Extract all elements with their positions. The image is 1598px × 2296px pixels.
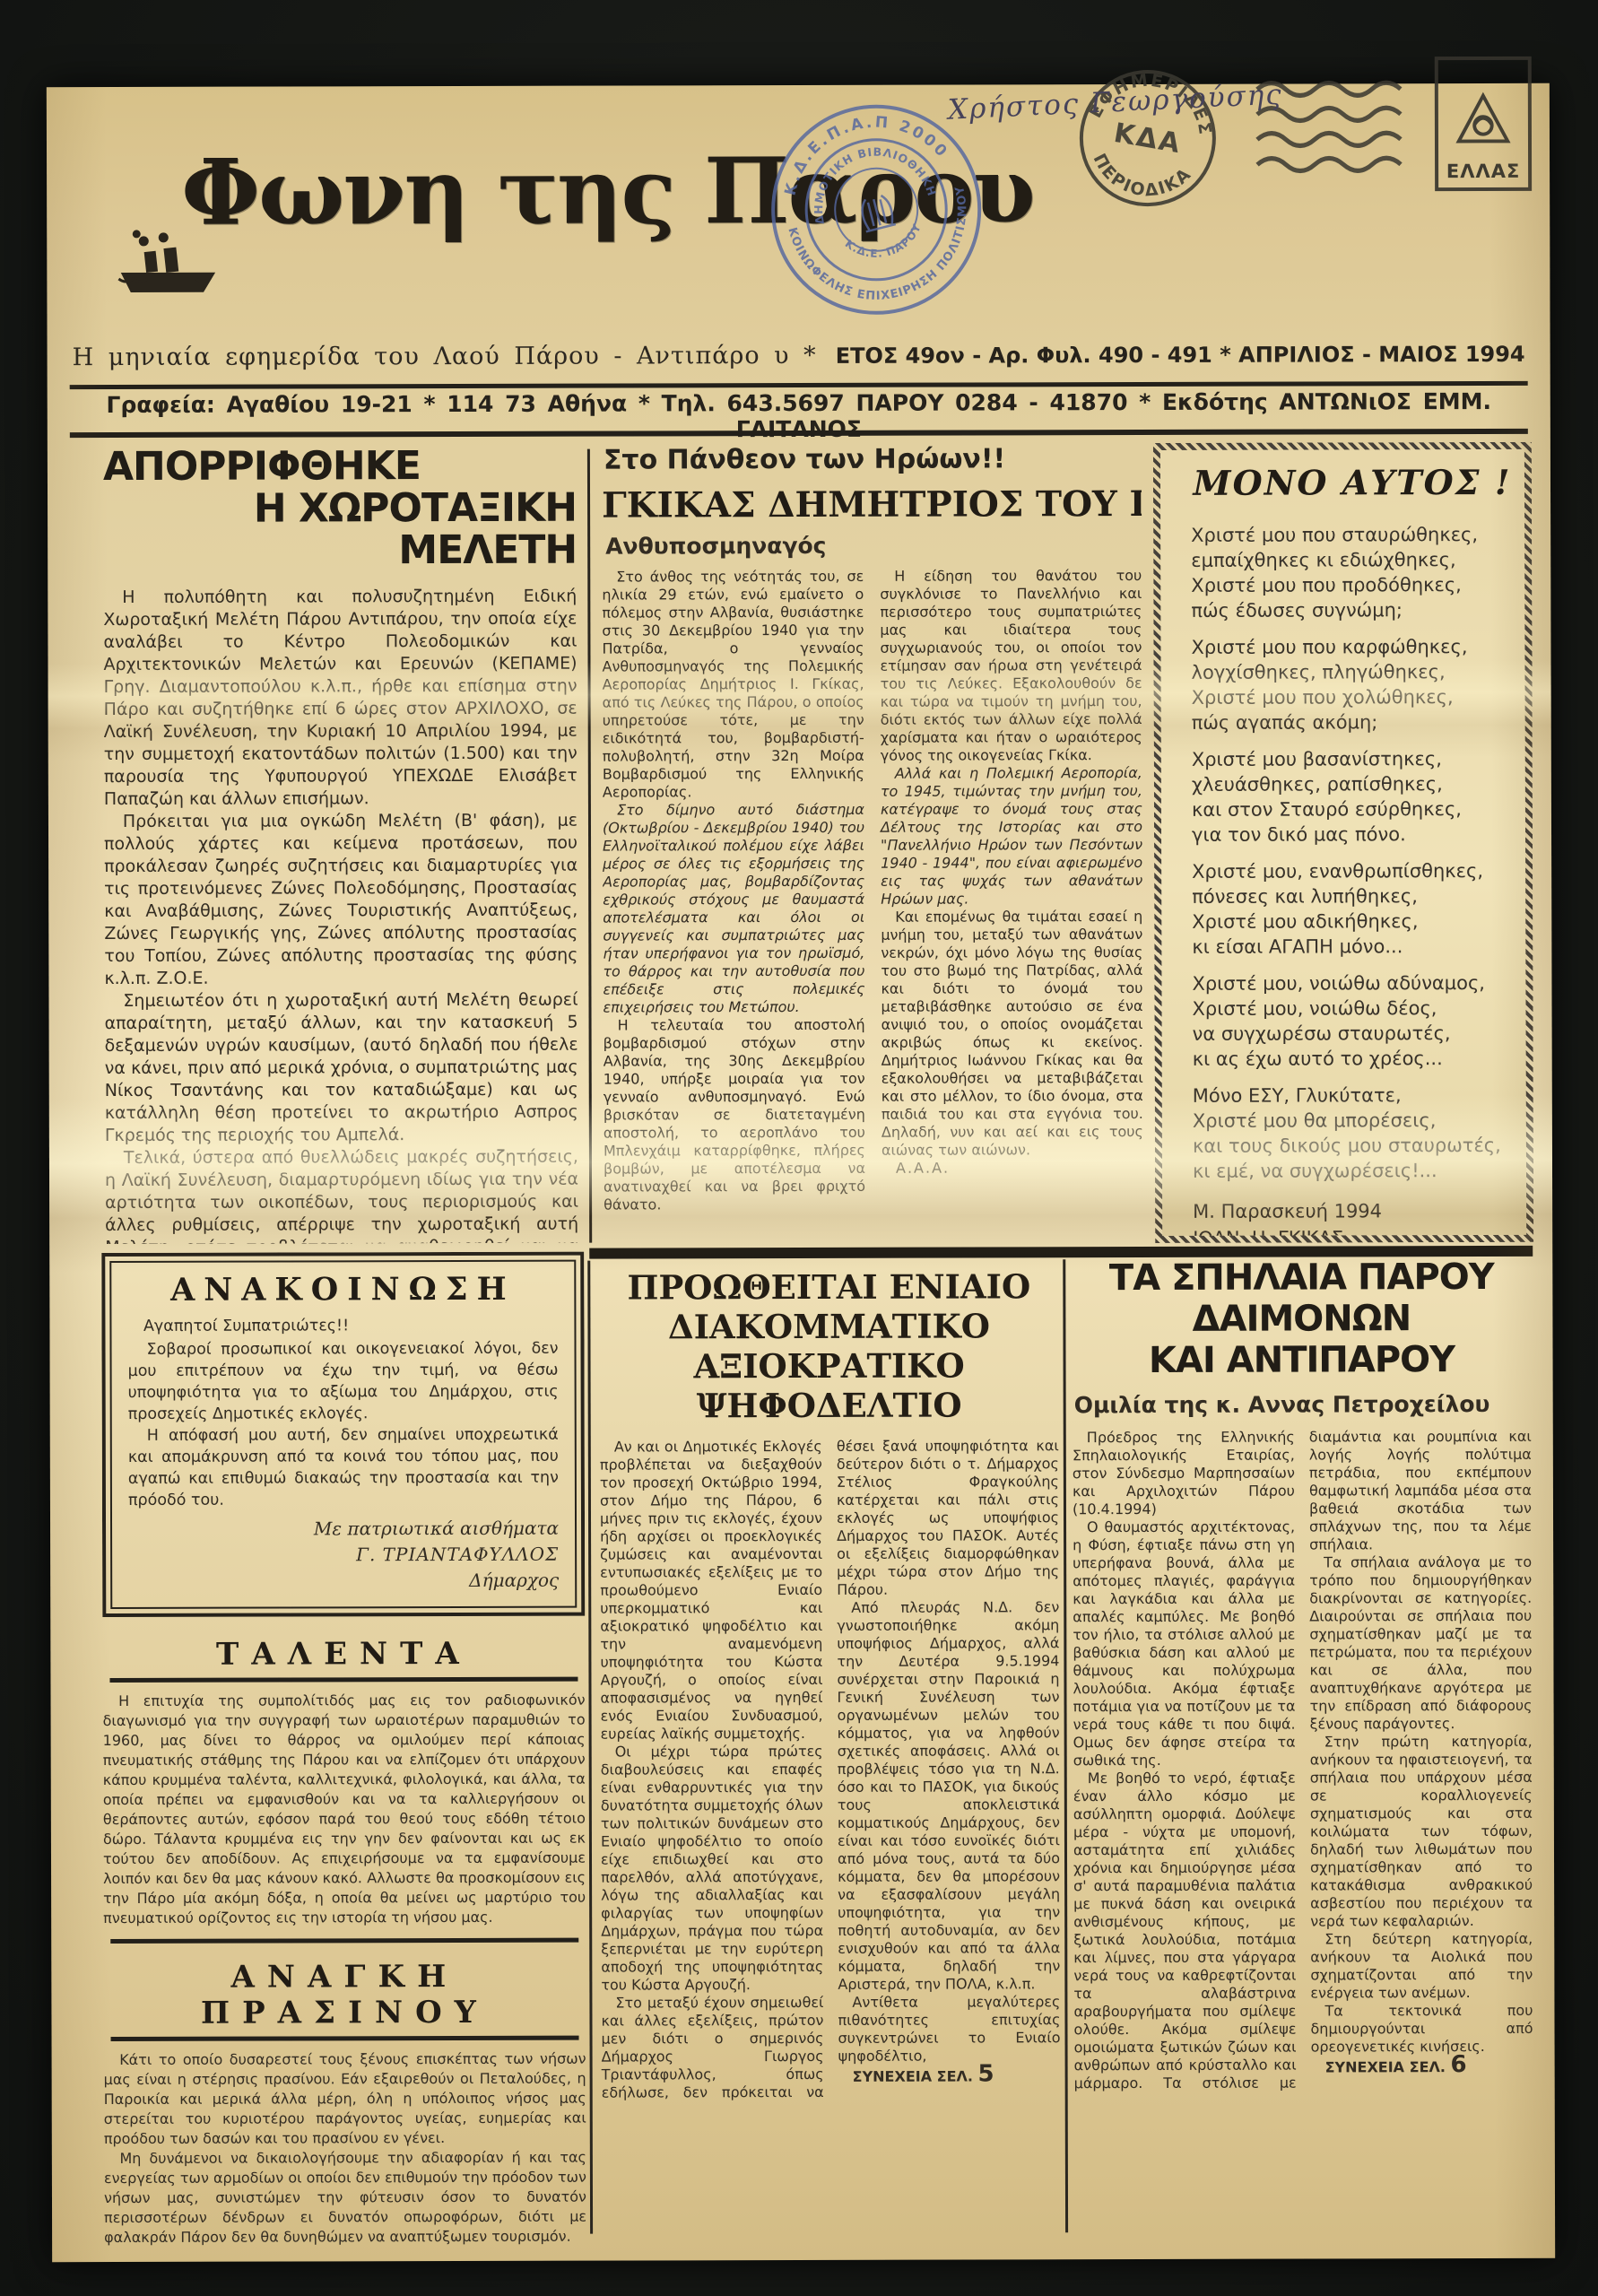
paragraph: Από πλευράς Ν.Δ. δεν γνωστοποιήθηκε ακόμ…	[837, 1598, 1060, 1994]
article-gikas-kicker: Στο Πάνθεον των Ηρώων!!	[604, 443, 1142, 476]
poem-title: ΜΟΝΟ ΑΥΤΟΣ !	[1191, 462, 1514, 503]
announcement-box: ΑΝΑΚΟΙΝΩΣΗ Αγαπητοί Συμπατριώτες!! Σοβαρ…	[101, 1252, 585, 1617]
article-gikas-subhead: Ανθυποσμηναγός	[605, 532, 1142, 560]
article-caves: ΤΑ ΣΠΗΛΑΙΑ ΠΑΡΟΥ ΔΑΙΜΟΝΩΝ ΚΑΙ ΑΝΤΙΠΑΡΟΥ …	[1072, 1257, 1533, 2244]
postal-round-stamp: ΕΦΗΜΕΡΙΔΕΣ ΚΔΑ ΠΕΡΙΟΔΙΚΑ	[1056, 47, 1238, 228]
paragraph: Σημειωτέον ότι η χωροταξική αυτή Μελέτη …	[104, 989, 578, 1147]
poem-signature: Μ. Παρασκευή 1994 ΙΩΑΝ. Η. ΓΚΙΚΑΣ	[1193, 1197, 1515, 1236]
subtitle-left: Η μηνιαία εφημερίδα του Λαού Πάρου - Αντ…	[73, 342, 817, 371]
paragraph: Αν και οι Δημοτικές Εκλογές προβλέπεται …	[600, 1438, 823, 1744]
poem-stanza: Χριστέ μου, νοιώθω αδύναμος, Χριστέ μου,…	[1192, 970, 1515, 1072]
poem-stanza: Χριστέ μου, ενανθρωπίσθηκες, πόνεσες και…	[1192, 858, 1515, 960]
article-zoning-body: Η πολυπόθητη και πολυσυζητημένη Ειδική Χ…	[103, 586, 578, 1244]
poem-stanza: Χριστέ μου που καρφώθηκες, λογχίσθηκες, …	[1191, 634, 1514, 735]
article-gikas-headline: ΓΚΙΚΑΣ ΔΗΜΗΤΡΙΟΣ ΤΟΥ ΙΩΑΝΝΟΥ	[602, 483, 1142, 526]
postal-rect-stamp: ΕΛΛΑΣ	[1435, 57, 1532, 191]
paragraph: Πρόκειται για μια ογκώδη Μελέτη (Β' φάση…	[104, 810, 578, 990]
paragraph: Πρόεδρος της Ελληνικής Σπηλαιολογικής Ετ…	[1073, 1429, 1295, 1519]
paragraph: Η τελευταία του αποστολή βομβαρδισμού στ…	[604, 1016, 866, 1214]
sign-off: Α.Α.Α.	[882, 1159, 1143, 1178]
paragraph: Στο δίμηνο αυτό διάστημα (Οκτωβρίου - Δε…	[603, 801, 865, 1017]
paragraph: Αντίθετα μεγαλύτερες πιθανότητες επιτυχί…	[838, 1993, 1060, 2066]
article-talents-title: ΤΑΛΕΝΤΑ	[102, 1636, 585, 1673]
paragraph: Στην πρώτη κατηγορία, ανήκουν τα ηφαιστε…	[1310, 1733, 1533, 1931]
article-caves-byline: Ομιλία της κ. Αννας Πετροχείλου	[1074, 1391, 1532, 1418]
column-divider	[1063, 1259, 1068, 2232]
paragraph: Μη δυνάμενοι να δικαιολογήσουμε την αδια…	[104, 2148, 586, 2248]
postal-stamp-center-text: ΚΔΑ	[1112, 117, 1185, 160]
paragraph: Τα τεκτονικά που δημιουργούνται από ορεο…	[1310, 2002, 1533, 2057]
article-gikas: Στο Πάνθεον των Ηρώων!! ΓΚΙΚΑΣ ΔΗΜΗΤΡΙΟΣ…	[602, 443, 1143, 1243]
announcement-signature: Με πατριωτικά αισθήματα Γ. ΤΡΙΑΝΤΑΦΥΛΛΟΣ…	[128, 1516, 559, 1595]
article-zoning-headline: ΑΠΟΡΡΙΦΘΗΚΕ Η ΧΩΡΟΤΑΞΙΚΗ ΜΕΛΕΤΗ	[103, 445, 577, 572]
paragraph: Η επιτυχία της συμπολίτιδός μας εις τον …	[103, 1691, 586, 1928]
posthorn-icon	[1448, 87, 1518, 157]
article-ballot: ΠΡΟΩΘΕΙΤΑΙ ΕΝΙΑΙΟ ΔΙΑΚΟΜΜΑΤΙΚΟ ΑΞΙΟΚΡΑΤΙ…	[599, 1263, 1061, 2246]
column-divider	[587, 449, 592, 1243]
postal-rect-label: ΕΛΛΑΣ	[1446, 161, 1521, 182]
article-zoning: ΑΠΟΡΡΙΦΘΗΚΕ Η ΧΩΡΟΤΑΞΙΚΗ ΜΕΛΕΤΗ Η πολυπό…	[103, 445, 578, 1244]
announcement-content: ΑΝΑΚΟΙΝΩΣΗ Αγαπητοί Συμπατριώτες!! Σοβαρ…	[109, 1260, 577, 1609]
article-greenery: ΑΝΑΓΚΗ ΠΡΑΣΙΝΟΥ Κάτι το οποίο δυσαρεστεί…	[103, 1959, 586, 2248]
divider-rule	[111, 2036, 579, 2041]
paragraph: Η πολυπόθητη και πολυσυζητημένη Ειδική Χ…	[103, 586, 578, 811]
divider-rule	[110, 1938, 578, 1944]
lyre-emblem	[858, 194, 896, 231]
paragraph: Οι μέχρι τώρα πρώτες διαβουλεύσεις και ε…	[601, 1743, 824, 1995]
divider-rule	[109, 1677, 578, 1683]
paragraph: Στο άνθος της νεότητάς του, σε ηλικία 29…	[602, 568, 864, 802]
announcement-title: ΑΝΑΚΟΙΝΩΣΗ	[127, 1271, 558, 1309]
article-caves-headline: ΤΑ ΣΠΗΛΑΙΑ ΠΑΡΟΥ ΔΑΙΜΟΝΩΝ ΚΑΙ ΑΝΤΙΠΑΡΟΥ	[1072, 1257, 1531, 1381]
paragraph: Η είδηση του θανάτου του συγκλόνισε το Π…	[880, 567, 1142, 765]
paragraph: Κάτι το οποίο δυσαρεστεί τους ξένους επι…	[104, 2049, 586, 2149]
bottom-left-column: ΑΝΑΚΟΙΝΩΣΗ Αγαπητοί Συμπατριώτες!! Σοβαρ…	[101, 1252, 586, 2259]
poem-content: ΜΟΝΟ ΑΥΤΟΣ ! Χριστέ μου που σταυρώθηκες,…	[1160, 449, 1526, 1236]
paragraph: Στη δεύτερη κατηγορία, ανήκουν τα Αιολικ…	[1310, 1930, 1533, 2003]
postal-stamp-bottom-text: ΠΕΡΙΟΔΙΚΑ	[1084, 148, 1198, 209]
continuation-note: ΣΥΝΕΧΕΙΑ ΣΕΛ. 5	[838, 2065, 1061, 2086]
poem-box: ΜΟΝΟ ΑΥΤΟΣ ! Χριστέ μου που σταυρώθηκες,…	[1153, 442, 1533, 1243]
salutation: Αγαπητοί Συμπατριώτες!!	[127, 1315, 558, 1337]
paragraph: Σοβαροί προσωπικοί και οικογενειακοί λόγ…	[127, 1338, 558, 1425]
article-greenery-title: ΑΝΑΓΚΗ ΠΡΑΣΙΝΟΥ	[103, 1959, 586, 2031]
svg-text:ΠΕΡΙΟΔΙΚΑ: ΠΕΡΙΟΔΙΚΑ	[1084, 148, 1198, 209]
article-gikas-body: Στο άνθος της νεότητάς του, σε ηλικία 29…	[602, 567, 1143, 1214]
poem-stanza: Μόνο ΕΣΥ, Γλυκύτατε, Χριστέ μου θα μπορέ…	[1193, 1083, 1515, 1184]
issue-info: ΕΤΟΣ 49ον - Αρ. Φυλ. 490 - 491 * ΑΠΡΙΛΙΟ…	[836, 342, 1525, 369]
paragraph: Ο θαυμαστός αρχιτέκτονας, η Φύση, έφτιαξ…	[1073, 1518, 1296, 1770]
paragraph: Η απόφασή μου αυτή, δεν σημαίνει υποχρεω…	[128, 1424, 559, 1511]
paragraph: Αλλά και η Πολεμική Αεροπορία, το 1945, …	[881, 764, 1142, 909]
poem-checkered-border: ΜΟΝΟ ΑΥΤΟΣ ! Χριστέ μου που σταυρώθηκες,…	[1153, 442, 1533, 1243]
paragraph: Τελικά, ύστερα από θυελλώδεις μακρές συζ…	[105, 1146, 578, 1244]
poem-stanza: Χριστέ μου βασανίστηκες, χλευάσθηκες, ρα…	[1192, 746, 1515, 848]
article-ballot-body: Αν και οι Δημοτικές Εκλογές προβλέπεται …	[600, 1437, 1061, 2101]
column-divider	[587, 1261, 593, 2234]
continuation-note: ΣΥΝΕΧΕΙΑ ΣΕΛ. 6	[1311, 2056, 1533, 2077]
paragraph: Και επομένως θα τιμάται εσαεί η μνήμη το…	[881, 908, 1143, 1160]
article-caves-body: Πρόεδρος της Ελληνικής Σπηλαιολογικής Ετ…	[1073, 1428, 1533, 2092]
article-talents: ΤΑΛΕΝΤΑ Η επιτυχία της συμπολίτιδός μας …	[102, 1636, 586, 1944]
newspaper-page: Χρήστος Γεωργούσης Φωνη της Παρου	[47, 83, 1555, 2262]
newspaper-scan: { "scan": { "handwriting": "Χρήστος Γεωρ…	[0, 0, 1598, 2296]
poem-stanza: Χριστέ μου που σταυρώθηκες, εμπαίχθηκες …	[1191, 522, 1514, 623]
article-ballot-headline: ΠΡΟΩΘΕΙΤΑΙ ΕΝΙΑΙΟ ΔΙΑΚΟΜΜΑΤΙΚΟ ΑΞΙΟΚΡΑΤΙ…	[599, 1266, 1058, 1425]
paragraph: Τα σπήλαια ανάλογα με το τρόπο που δημιο…	[1309, 1553, 1533, 1734]
